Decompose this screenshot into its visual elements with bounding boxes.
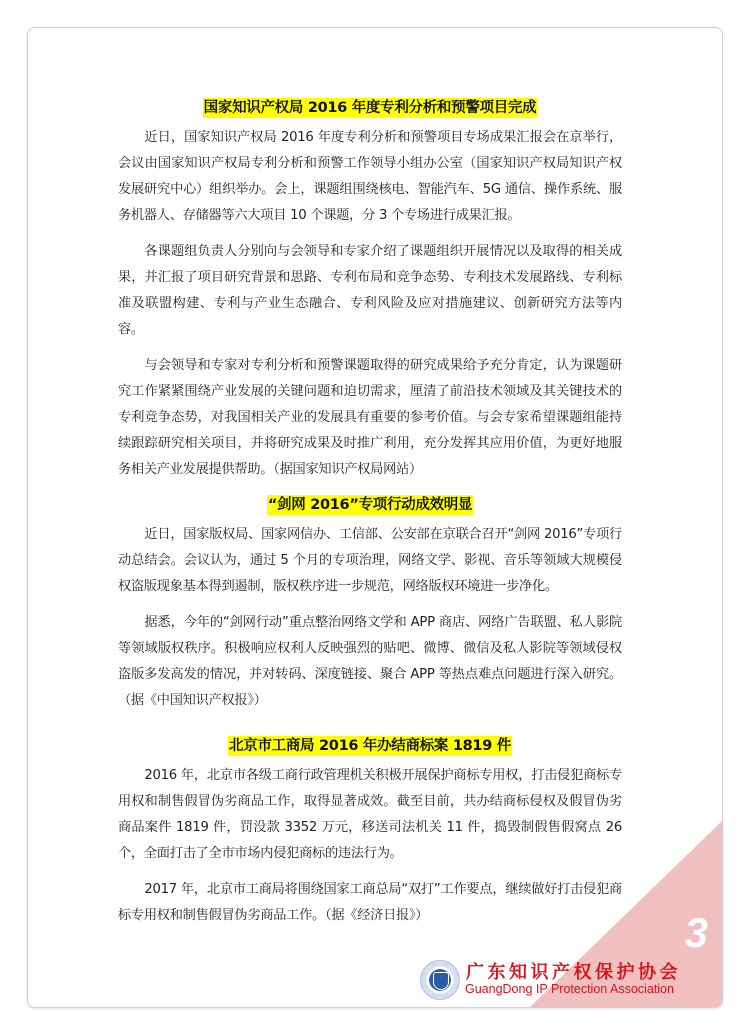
article-3: 北京市工商局 2016 年办结商标案 1819 件 2016 年，北京市各级工商… <box>118 735 622 929</box>
article-title: “剑网 2016”专项行动成效明显 <box>267 495 473 515</box>
article-paragraph: 2016 年，北京市各级工商行政管理机关积极开展保护商标专用权，打击侵犯商标专用… <box>118 763 622 867</box>
article-paragraph: 与会领导和专家对专利分析和预警课题取得的研究成果给予充分肯定，认为课题研究工作紧… <box>118 353 622 483</box>
article-paragraph: 各课题组负责人分别向与会领导和专家介绍了课题组织开展情况以及取得的相关成果，并汇… <box>118 239 622 343</box>
shield-icon <box>433 972 449 990</box>
article-1: 国家知识产权局 2016 年度专利分析和预警项目完成 近日，国家知识产权局 20… <box>118 97 622 483</box>
article-paragraph: 2017 年，北京市工商局将围绕国家工商总局“双打”工作要点，继续做好打击侵犯商… <box>118 877 622 929</box>
org-name-en: GuangDong IP Protection Association <box>465 982 674 996</box>
org-name-cn: 广东知识产权保护协会 <box>466 958 681 984</box>
article-2: “剑网 2016”专项行动成效明显 近日，国家版权局、国家网信办、工信部、公安部… <box>118 494 622 714</box>
article-title: 国家知识产权局 2016 年度专利分析和预警项目完成 <box>203 98 538 118</box>
article-paragraph: 近日，国家版权局、国家网信办、工信部、公安部在京联合召开“剑网 2016”专项行… <box>118 522 622 600</box>
article-title: 北京市工商局 2016 年办结商标案 1819 件 <box>228 736 512 756</box>
page-number: 3 <box>685 909 708 957</box>
article-paragraph: 近日，国家知识产权局 2016 年度专利分析和预警项目专场成果汇报会在京举行，会… <box>118 125 622 229</box>
article-paragraph: 据悉，今年的“剑网行动”重点整治网络文学和 APP 商店、网络广告联盟、私人影院… <box>118 610 622 714</box>
association-emblem-icon <box>420 960 460 1000</box>
